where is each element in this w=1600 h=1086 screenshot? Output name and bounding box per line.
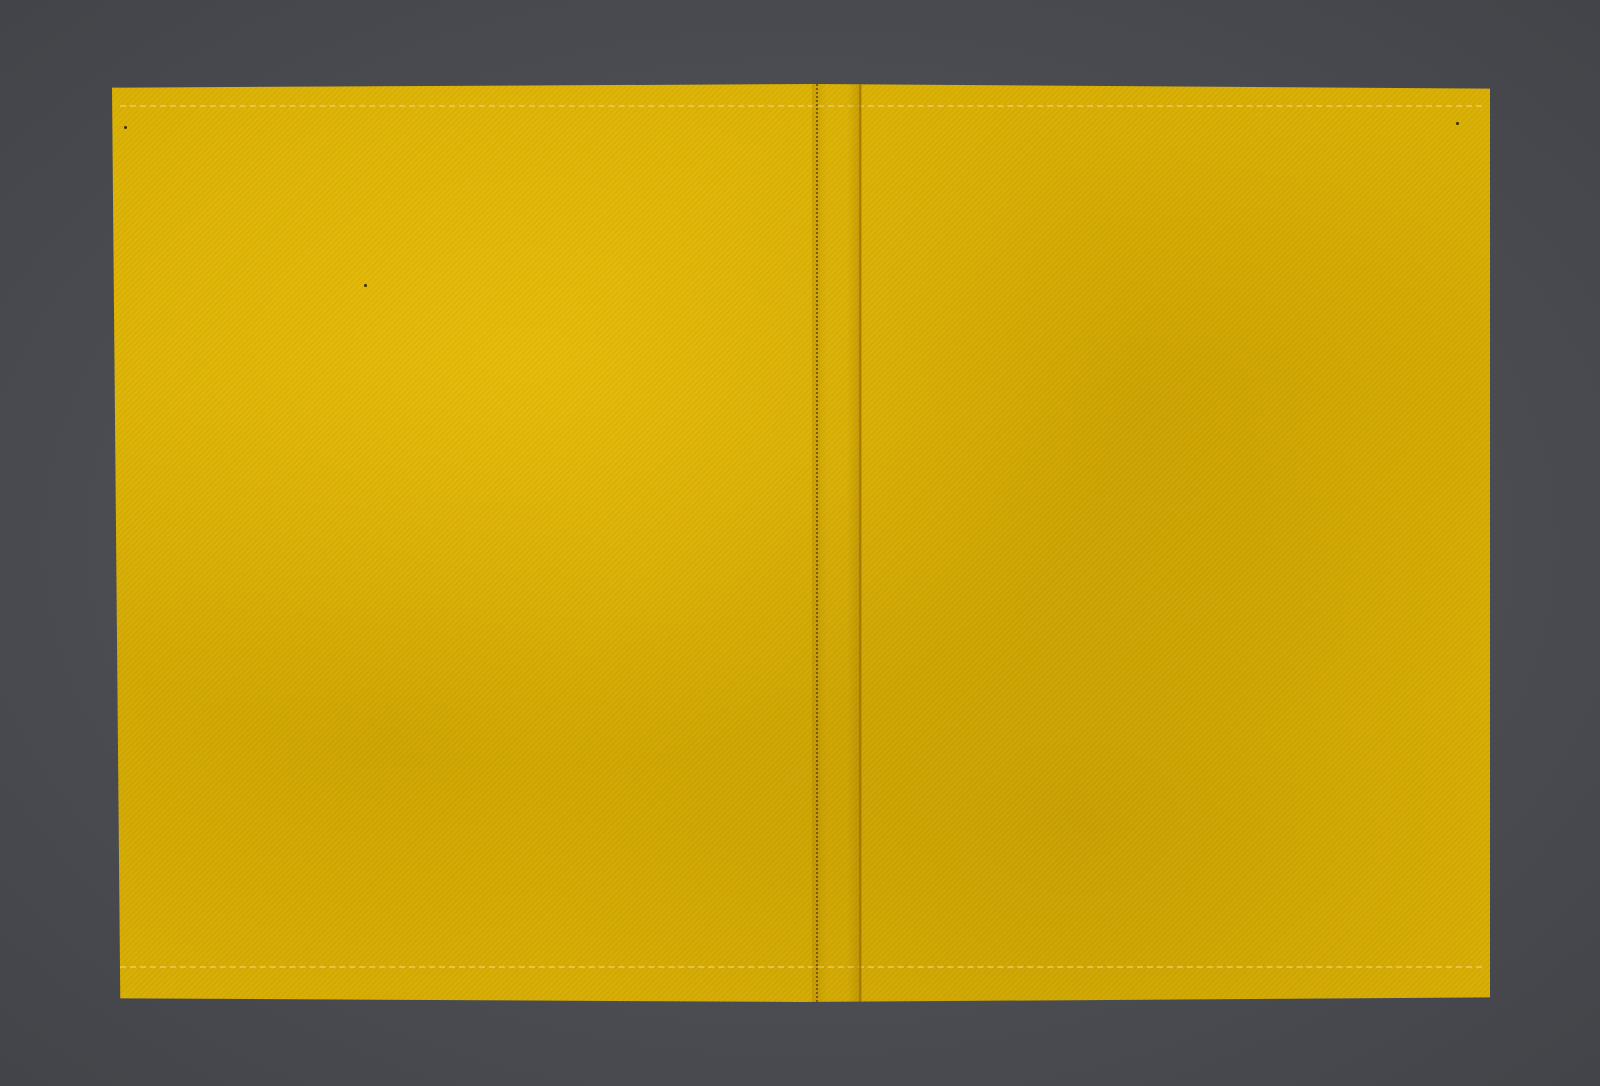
seam-stitch-left: [816, 84, 818, 1002]
top-stitch-line: [120, 105, 1482, 107]
fabric-fleck: [364, 284, 367, 287]
center-seam-strip: [812, 84, 862, 1002]
fabric-fleck: [1456, 122, 1459, 125]
seam-fold-right: [859, 84, 861, 1002]
fabric-fleck: [124, 126, 127, 129]
yellow-armband: [112, 84, 1490, 1002]
bottom-stitch-line: [120, 966, 1482, 968]
